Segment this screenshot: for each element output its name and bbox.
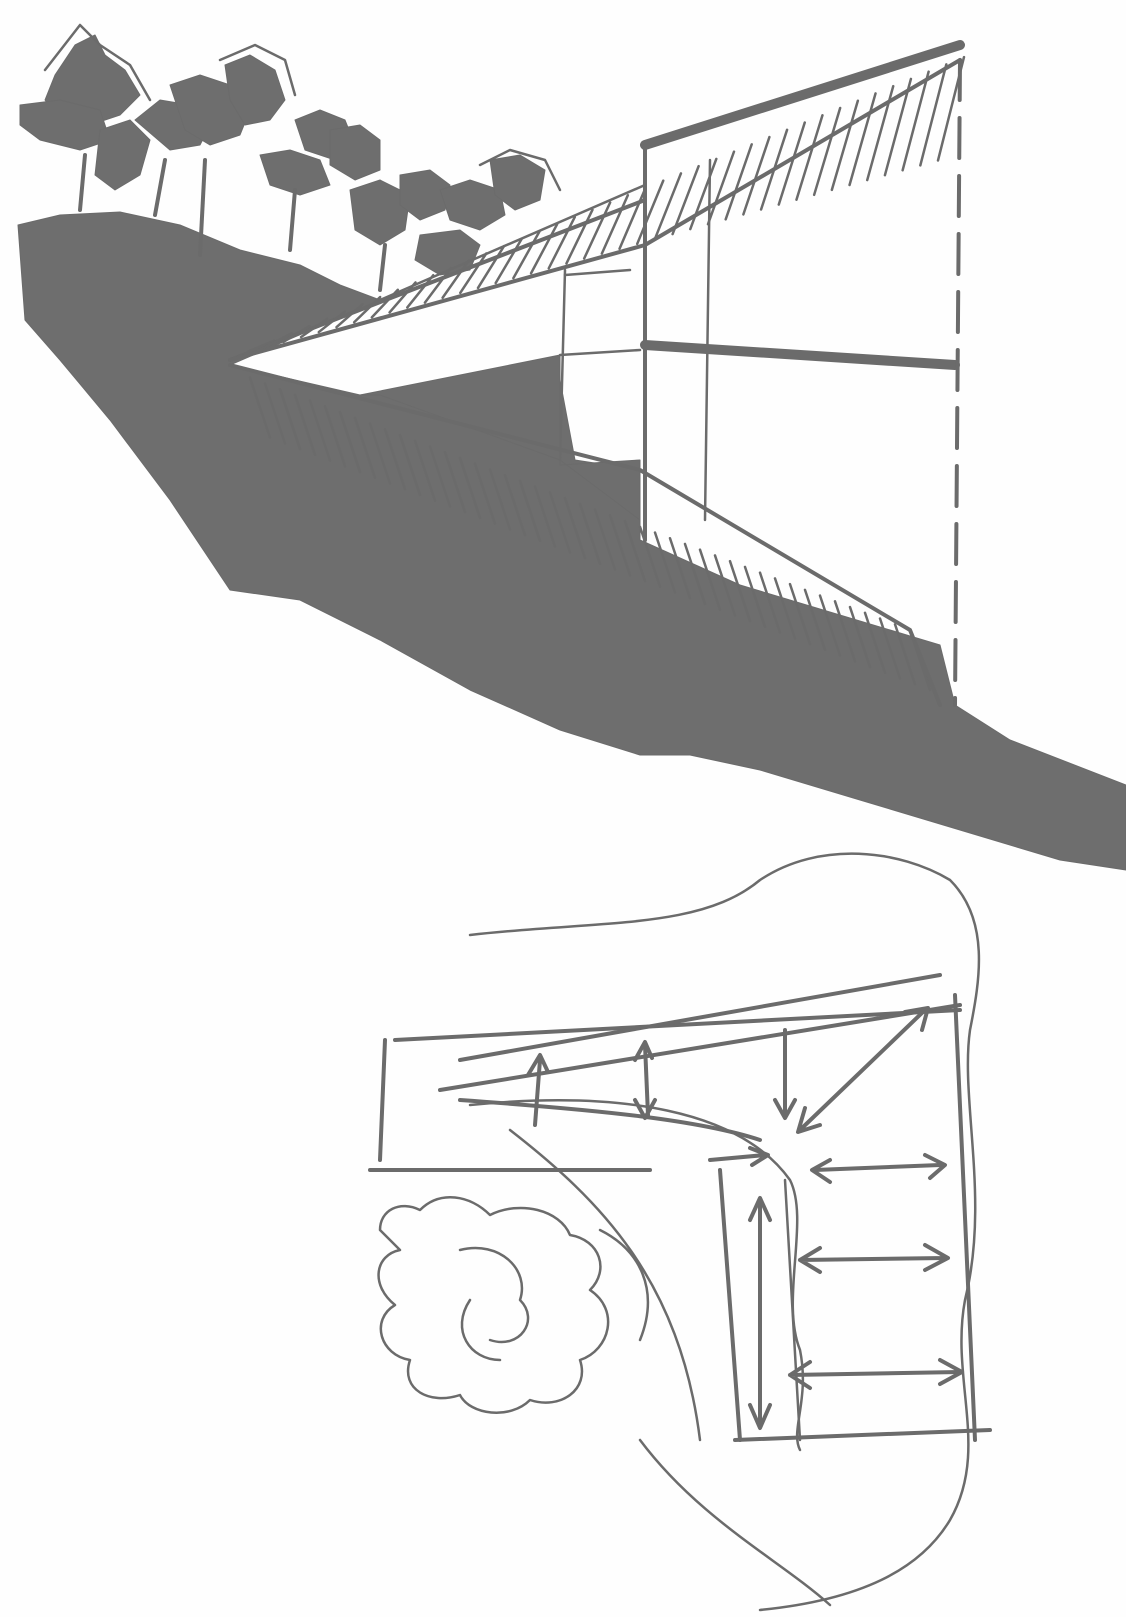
arrow-3 (775, 1030, 795, 1118)
arrow-8 (800, 1245, 948, 1272)
vegetation-cluster (379, 1197, 648, 1412)
arrow-9 (790, 1360, 962, 1388)
arrow-7 (750, 1198, 770, 1428)
view-arrows (528, 1008, 962, 1428)
floor-slab (645, 345, 955, 365)
building-wing-horizontal (370, 975, 960, 1170)
arrow-6 (812, 1155, 945, 1182)
site-boundary-lower (640, 1440, 830, 1605)
plan-diagram (370, 854, 990, 1610)
arrow-5 (710, 1148, 768, 1165)
dashed-edge-line (955, 60, 960, 705)
sketch-sheet: Architectural concept sketch (0, 0, 1126, 1617)
arrow-1 (528, 1055, 548, 1125)
perspective-sketch (0, 0, 1126, 1617)
